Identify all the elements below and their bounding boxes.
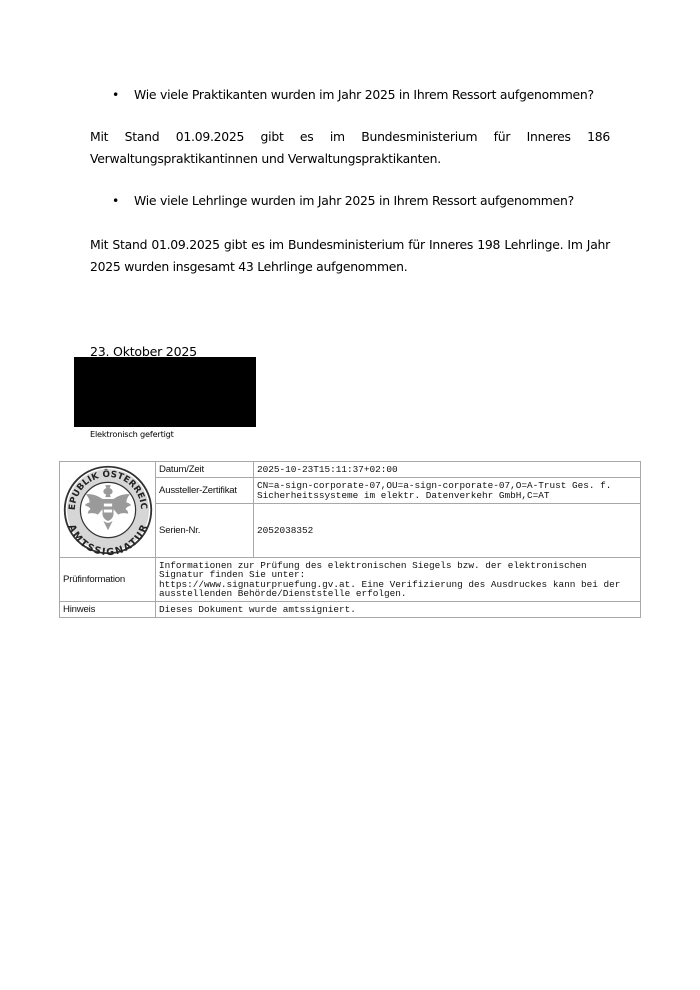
- verification-info-value: Informationen zur Prüfung des elektronis…: [156, 558, 641, 602]
- answer-1: Mit Stand 01.09.2025 gibt es im Bundesmi…: [90, 126, 610, 170]
- verification-info-label: Prüfinformation: [60, 558, 156, 602]
- austrian-eagle-seal-icon: REPUBLIK ÖSTERREICH AMTSSIGNATUR: [62, 464, 154, 556]
- electronically-signed-label: Elektronisch gefertigt: [90, 429, 174, 439]
- answer-2-line-2: 2025 wurden insgesamt 43 Lehrlinge aufge…: [90, 256, 610, 278]
- signature-table: REPUBLIK ÖSTERREICH AMTSSIGNATUR Dat: [59, 461, 641, 618]
- serial-number-value: 2052038352: [254, 504, 641, 558]
- issuer-certificate-value: CN=a-sign-corporate-07,OU=a-sign-corpora…: [254, 478, 641, 504]
- answer-2-line-1: Mit Stand 01.09.2025 gibt es im Bundesmi…: [90, 234, 610, 256]
- datetime-value: 2025-10-23T15:11:37+02:00: [254, 462, 641, 478]
- question-2-text: Wie viele Lehrlinge wurden im Jahr 2025 …: [134, 193, 574, 208]
- verification-info-line-4: ausstellenden Behörde/Dienststelle erfol…: [159, 589, 637, 598]
- note-value: Dieses Dokument wurde amtssigniert.: [156, 602, 641, 618]
- issuer-certificate-line-2: Sicherheitssysteme im elektr. Datenverke…: [257, 491, 637, 500]
- note-label: Hinweis: [60, 602, 156, 618]
- answer-2: Mit Stand 01.09.2025 gibt es im Bundesmi…: [90, 234, 610, 278]
- bullet-icon: •: [112, 193, 119, 208]
- table-row: Hinweis Dieses Dokument wurde amtssignie…: [60, 602, 641, 618]
- redacted-signature-block: [74, 357, 256, 427]
- table-row: REPUBLIK ÖSTERREICH AMTSSIGNATUR Dat: [60, 462, 641, 478]
- answer-1-line-1: Mit Stand 01.09.2025 gibt es im Bundesmi…: [90, 126, 610, 148]
- table-row: Prüfinformation Informationen zur Prüfun…: [60, 558, 641, 602]
- question-1-text: Wie viele Praktikanten wurden im Jahr 20…: [134, 87, 594, 102]
- answer-1-line-2: Verwaltungspraktikantinnen und Verwaltun…: [90, 148, 610, 170]
- serial-number-label: Serien-Nr.: [156, 504, 254, 558]
- bullet-icon: •: [112, 87, 119, 102]
- issuer-certificate-label: Aussteller-Zertifikat: [156, 478, 254, 504]
- datetime-label: Datum/Zeit: [156, 462, 254, 478]
- seal-cell: REPUBLIK ÖSTERREICH AMTSSIGNATUR: [60, 462, 156, 558]
